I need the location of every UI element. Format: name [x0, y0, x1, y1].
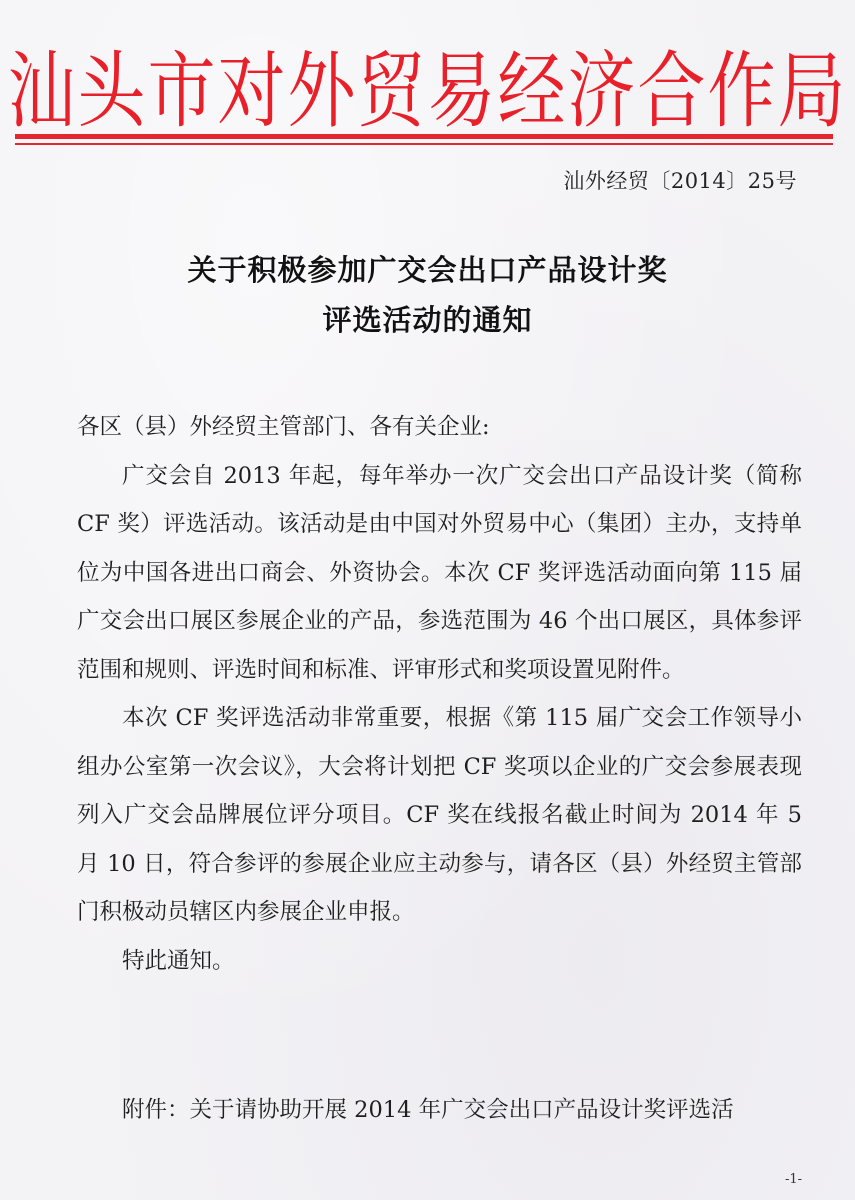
document-number: 汕外经贸〔2014〕25号	[563, 166, 797, 196]
body-paragraph-1: 广交会自 2013 年起，每年举办一次广交会出口产品设计奖（简称 CF 奖）评选…	[77, 452, 802, 695]
letterhead-thick-rule	[15, 134, 833, 139]
body-paragraph-2: 本次 CF 奖评选活动非常重要，根据《第 115 届广交会工作领导小组办公室第一…	[77, 694, 802, 937]
closing-remark: 特此通知。	[77, 937, 802, 986]
document-title-line-1: 关于积极参加广交会出口产品设计奖	[0, 245, 855, 295]
document-body: 各区（县）外经贸主管部门、各有关企业: 广交会自 2013 年起，每年举办一次广…	[77, 403, 802, 985]
document-title-line-2: 评选活动的通知	[0, 295, 855, 345]
document-page: 汕头市对外贸易经济合作局 汕外经贸〔2014〕25号 关于积极参加广交会出口产品…	[0, 0, 855, 1200]
salutation: 各区（县）外经贸主管部门、各有关企业:	[77, 403, 802, 452]
attachment-reference: 附件：关于请协助开展 2014 年广交会出口产品设计奖评选活	[122, 1090, 734, 1130]
agency-letterhead: 汕头市对外贸易经济合作局	[0, 38, 855, 148]
page-number: -1-	[785, 1170, 802, 1190]
letterhead-thin-rule	[15, 143, 833, 145]
document-title: 关于积极参加广交会出口产品设计奖 评选活动的通知	[0, 245, 855, 345]
